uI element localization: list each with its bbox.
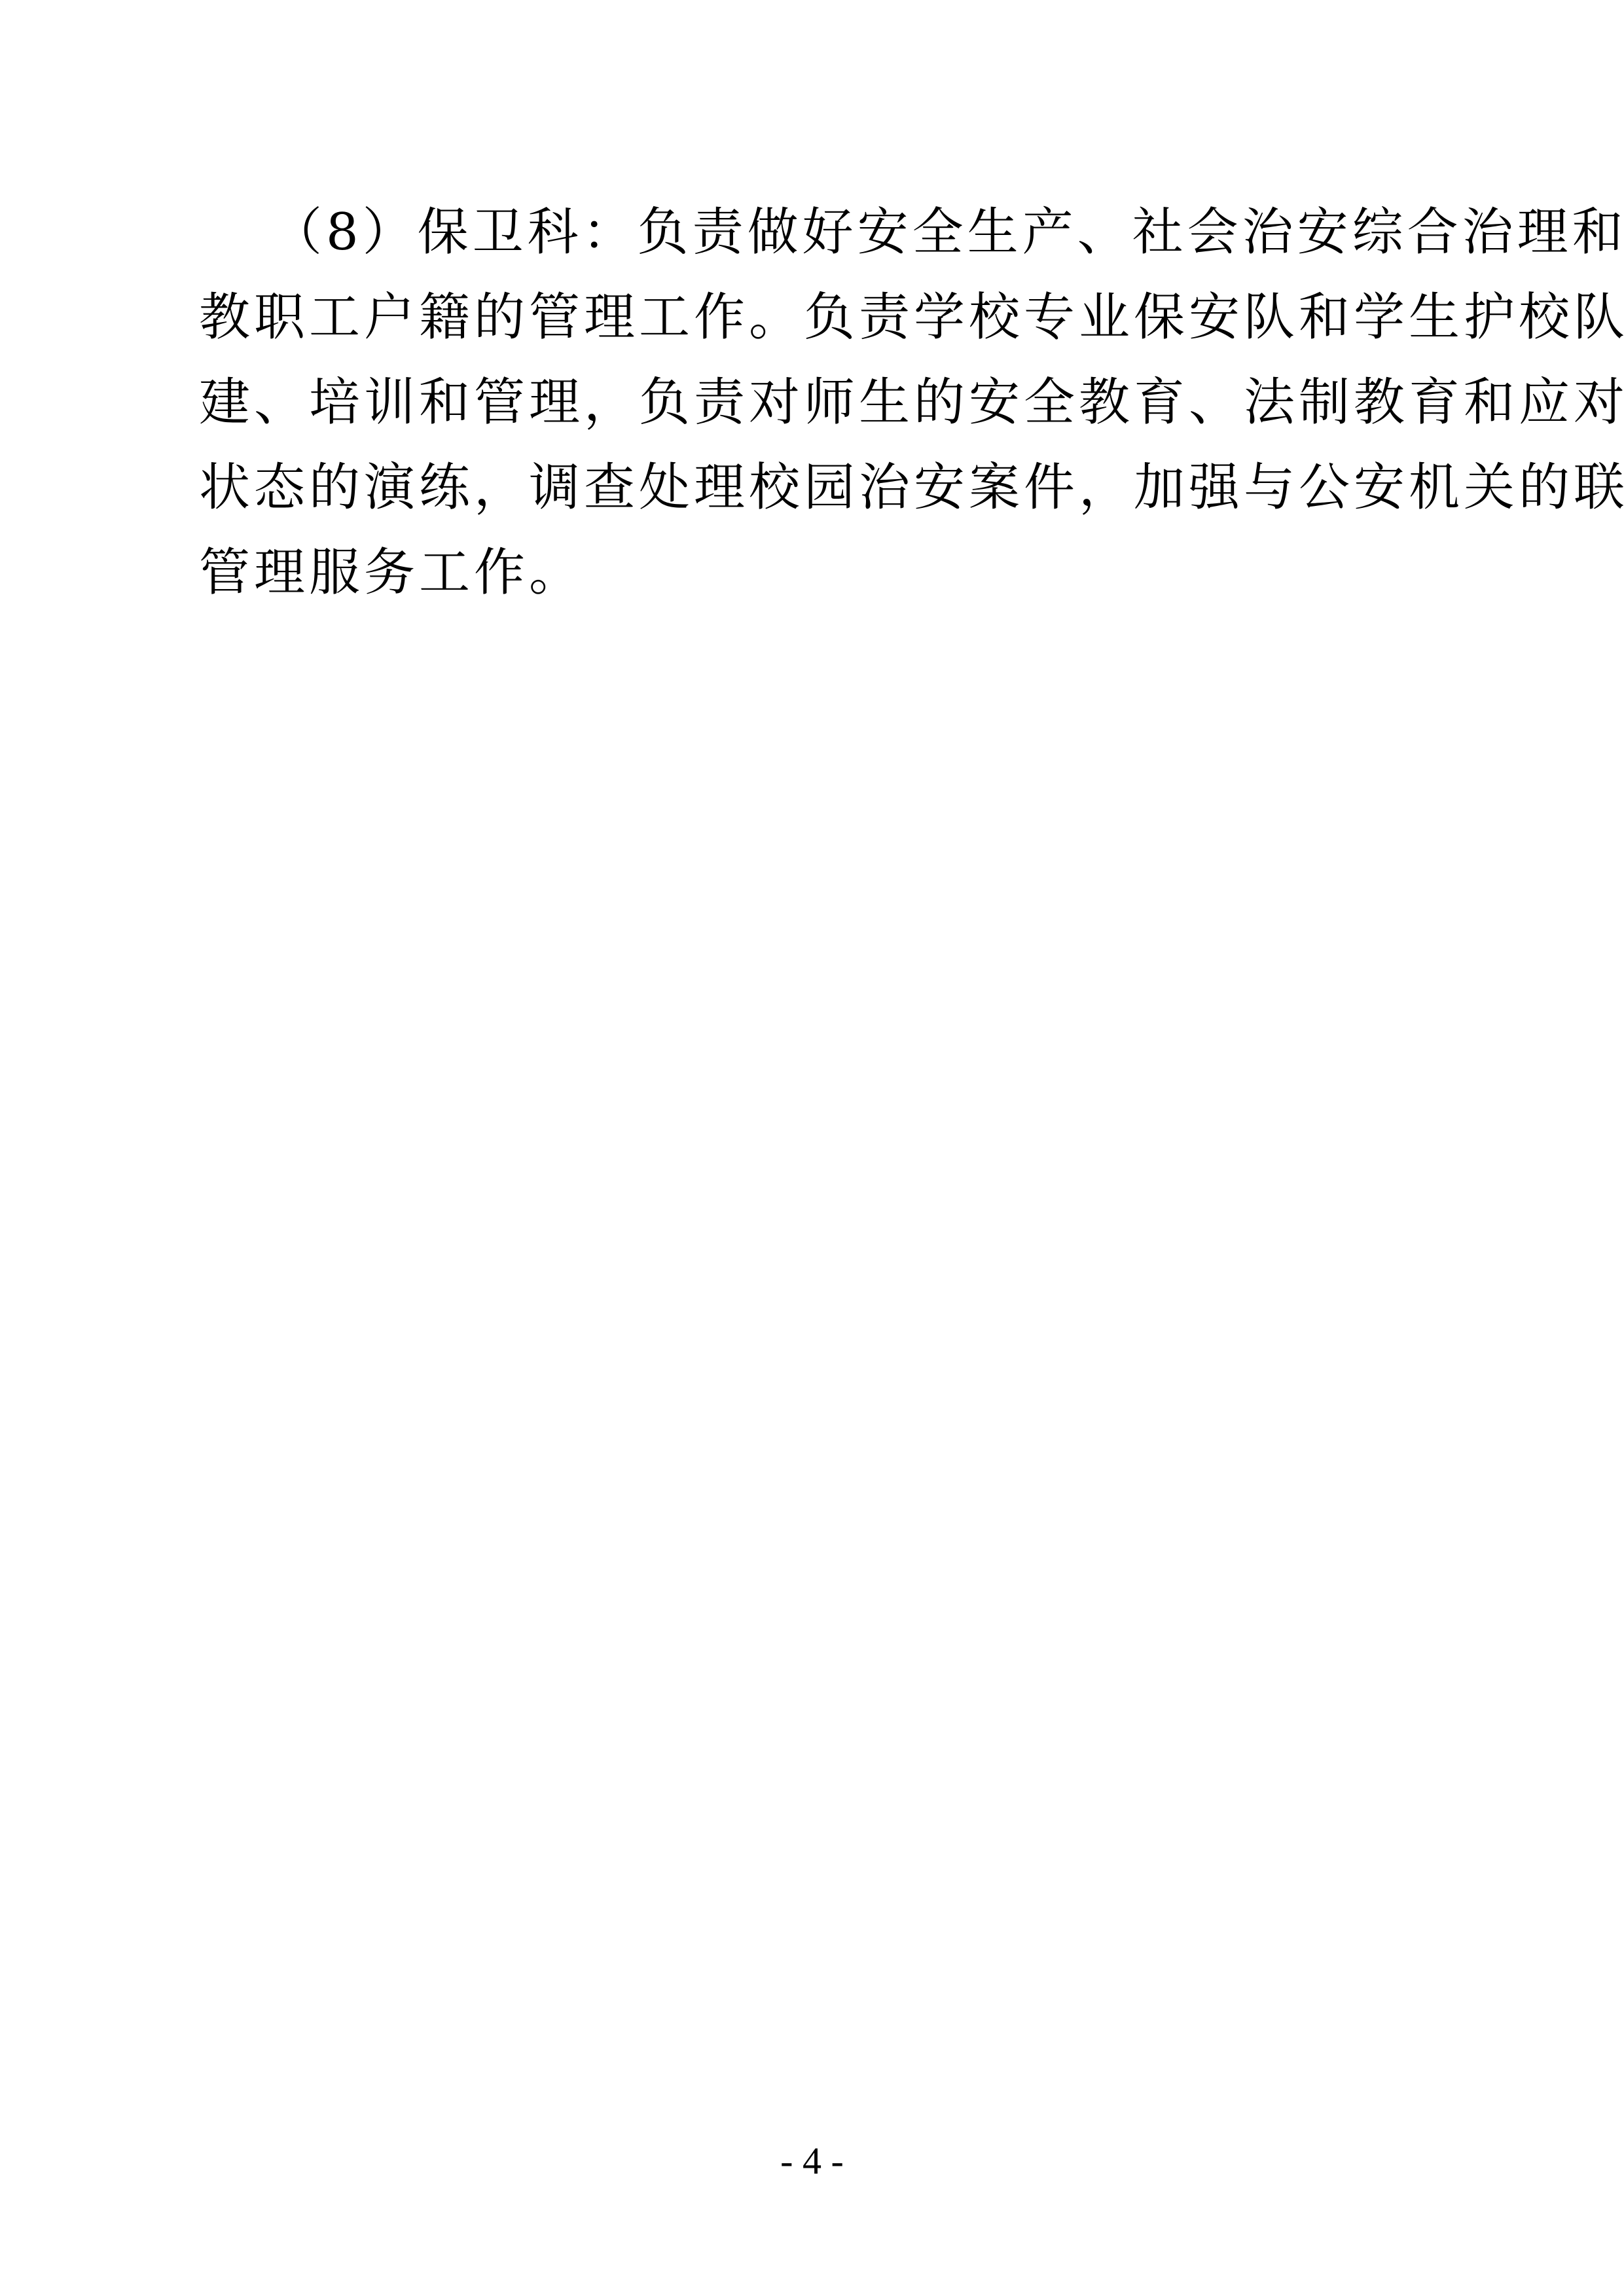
paragraph-line: （8）保卫科：负责做好安全生产、社会治安综合治理和住校 <box>199 190 1430 275</box>
document-page: （8）保卫科：负责做好安全生产、社会治安综合治理和住校 教职工户籍的管理工作。负… <box>0 0 1624 2296</box>
page-number: - 4 - <box>0 2135 1624 2187</box>
paragraph-security-department: （8）保卫科：负责做好安全生产、社会治安综合治理和住校 教职工户籍的管理工作。负… <box>199 190 1430 615</box>
paragraph-line: 教职工户籍的管理工作。负责学校专业保安队和学生护校队的组 <box>199 275 1430 360</box>
paragraph-line: 建、培训和管理，负责对师生的安全教育、法制教育和应对紧急 <box>199 360 1430 445</box>
paragraph-line: 管理服务工作。 <box>199 530 1430 615</box>
paragraph-line: 状态的演练，调查处理校园治安案件，加强与公安机关的联系等 <box>199 445 1430 530</box>
